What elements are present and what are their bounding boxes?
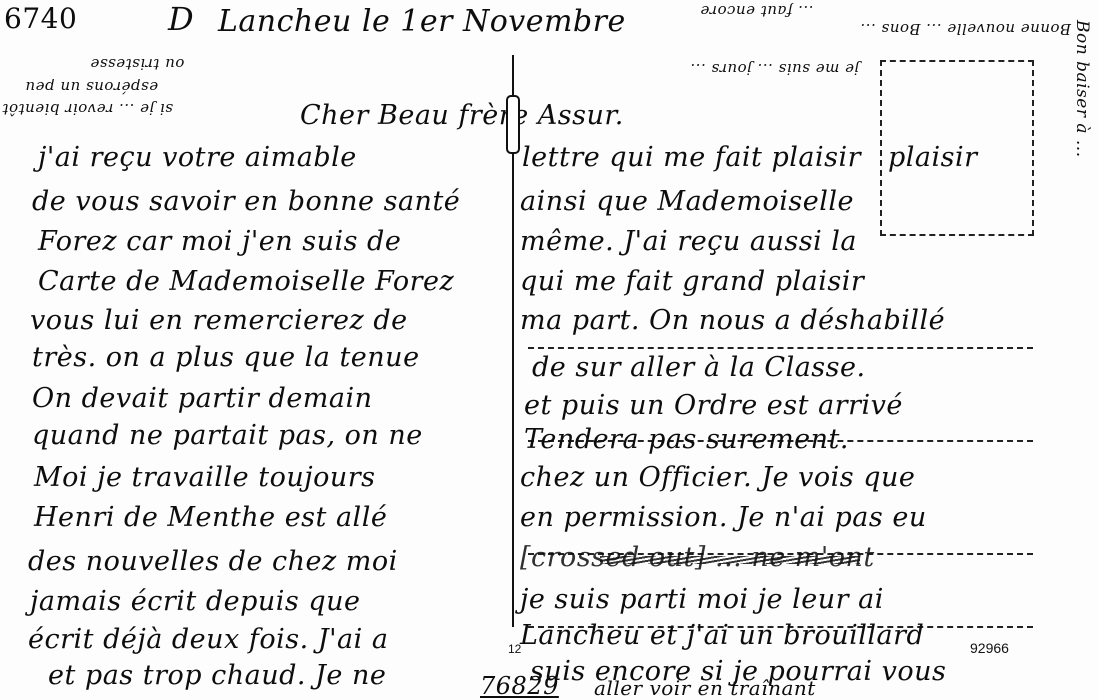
margin-note-right: Bon baiser à ... <box>1072 20 1092 158</box>
right-line-15: aller voir en traînant <box>594 676 816 700</box>
left-line-5: vous lui en remercierez de <box>30 305 408 336</box>
right-line-1: lettre qui me fait plaisir <box>522 142 861 173</box>
right-line-13: Lancheu et j'ai un brouillard <box>520 620 924 651</box>
right-line-8: Tendera pas surement. <box>524 424 849 455</box>
margin-note-left-2: espérons un peu <box>25 78 158 96</box>
header-initial: D <box>168 0 194 38</box>
margin-note-left-3: si je ... revoir bientôt <box>2 100 173 118</box>
margin-note-top-1: ... faut encore <box>700 2 814 20</box>
right-line-3: même. J'ai reçu aussi la <box>520 226 857 257</box>
right-line-4: qui me fait grand plaisir <box>520 266 864 297</box>
postcard: 6740 D Lancheu le 1er Novembre ... faut … <box>0 0 1098 700</box>
left-line-10: Henri de Menthe est allé <box>34 502 387 533</box>
left-line-6: très. on a plus que la tenue <box>32 342 420 373</box>
left-line-3: Forez car moi j'en suis de <box>38 226 401 257</box>
left-line-14: et pas trop chaud. Je ne <box>48 660 386 691</box>
left-line-2: de vous savoir en bonne santé <box>32 186 460 217</box>
scribble-strikeout <box>600 556 860 564</box>
archive-number-bottom: 76829 <box>480 672 559 700</box>
left-line-8: quand ne partait pas, on ne <box>32 420 423 451</box>
right-line-5: ma part. On nous a déshabillé <box>520 305 945 336</box>
left-line-12: jamais écrit depuis que <box>30 586 360 617</box>
place-date: Lancheu le 1er Novembre <box>218 4 626 39</box>
address-line-1 <box>528 347 1033 349</box>
stamp-box-text: plaisir <box>888 142 978 173</box>
margin-note-top-3: je me suis ... jours ... <box>690 60 859 78</box>
divider-ornament <box>506 95 520 154</box>
right-line-10: en permission. Je n'ai pas eu <box>520 502 927 533</box>
left-line-4: Carte de Mademoiselle Forez <box>38 266 454 297</box>
archive-number: 6740 <box>4 2 77 35</box>
left-line-13: écrit déjà deux fois. J'ai a <box>28 624 388 655</box>
salutation: Cher Beau frère Assur. <box>300 100 624 131</box>
printed-marker: 12 <box>508 642 521 656</box>
right-line-9: chez un Officier. Je vois que <box>520 462 915 493</box>
right-line-6: de sur aller à la Classe. <box>532 352 866 383</box>
left-line-9: Moi je travaille toujours <box>34 462 376 493</box>
right-line-12: je suis parti moi je leur ai <box>520 584 884 615</box>
printed-number: 92966 <box>970 640 1009 656</box>
margin-note-left-1: ou tristesse <box>90 55 184 73</box>
left-line-11: des nouvelles de chez moi <box>28 546 398 577</box>
left-line-1: j'ai reçu votre aimable <box>38 142 357 173</box>
margin-note-top-2: Bonne nouvelle ... Bons ... <box>860 20 1071 38</box>
right-line-7: et puis un Ordre est arrivé <box>524 390 903 421</box>
left-line-7: On devait partir demain <box>32 383 373 414</box>
right-line-2: ainsi que Mademoiselle <box>520 186 854 217</box>
